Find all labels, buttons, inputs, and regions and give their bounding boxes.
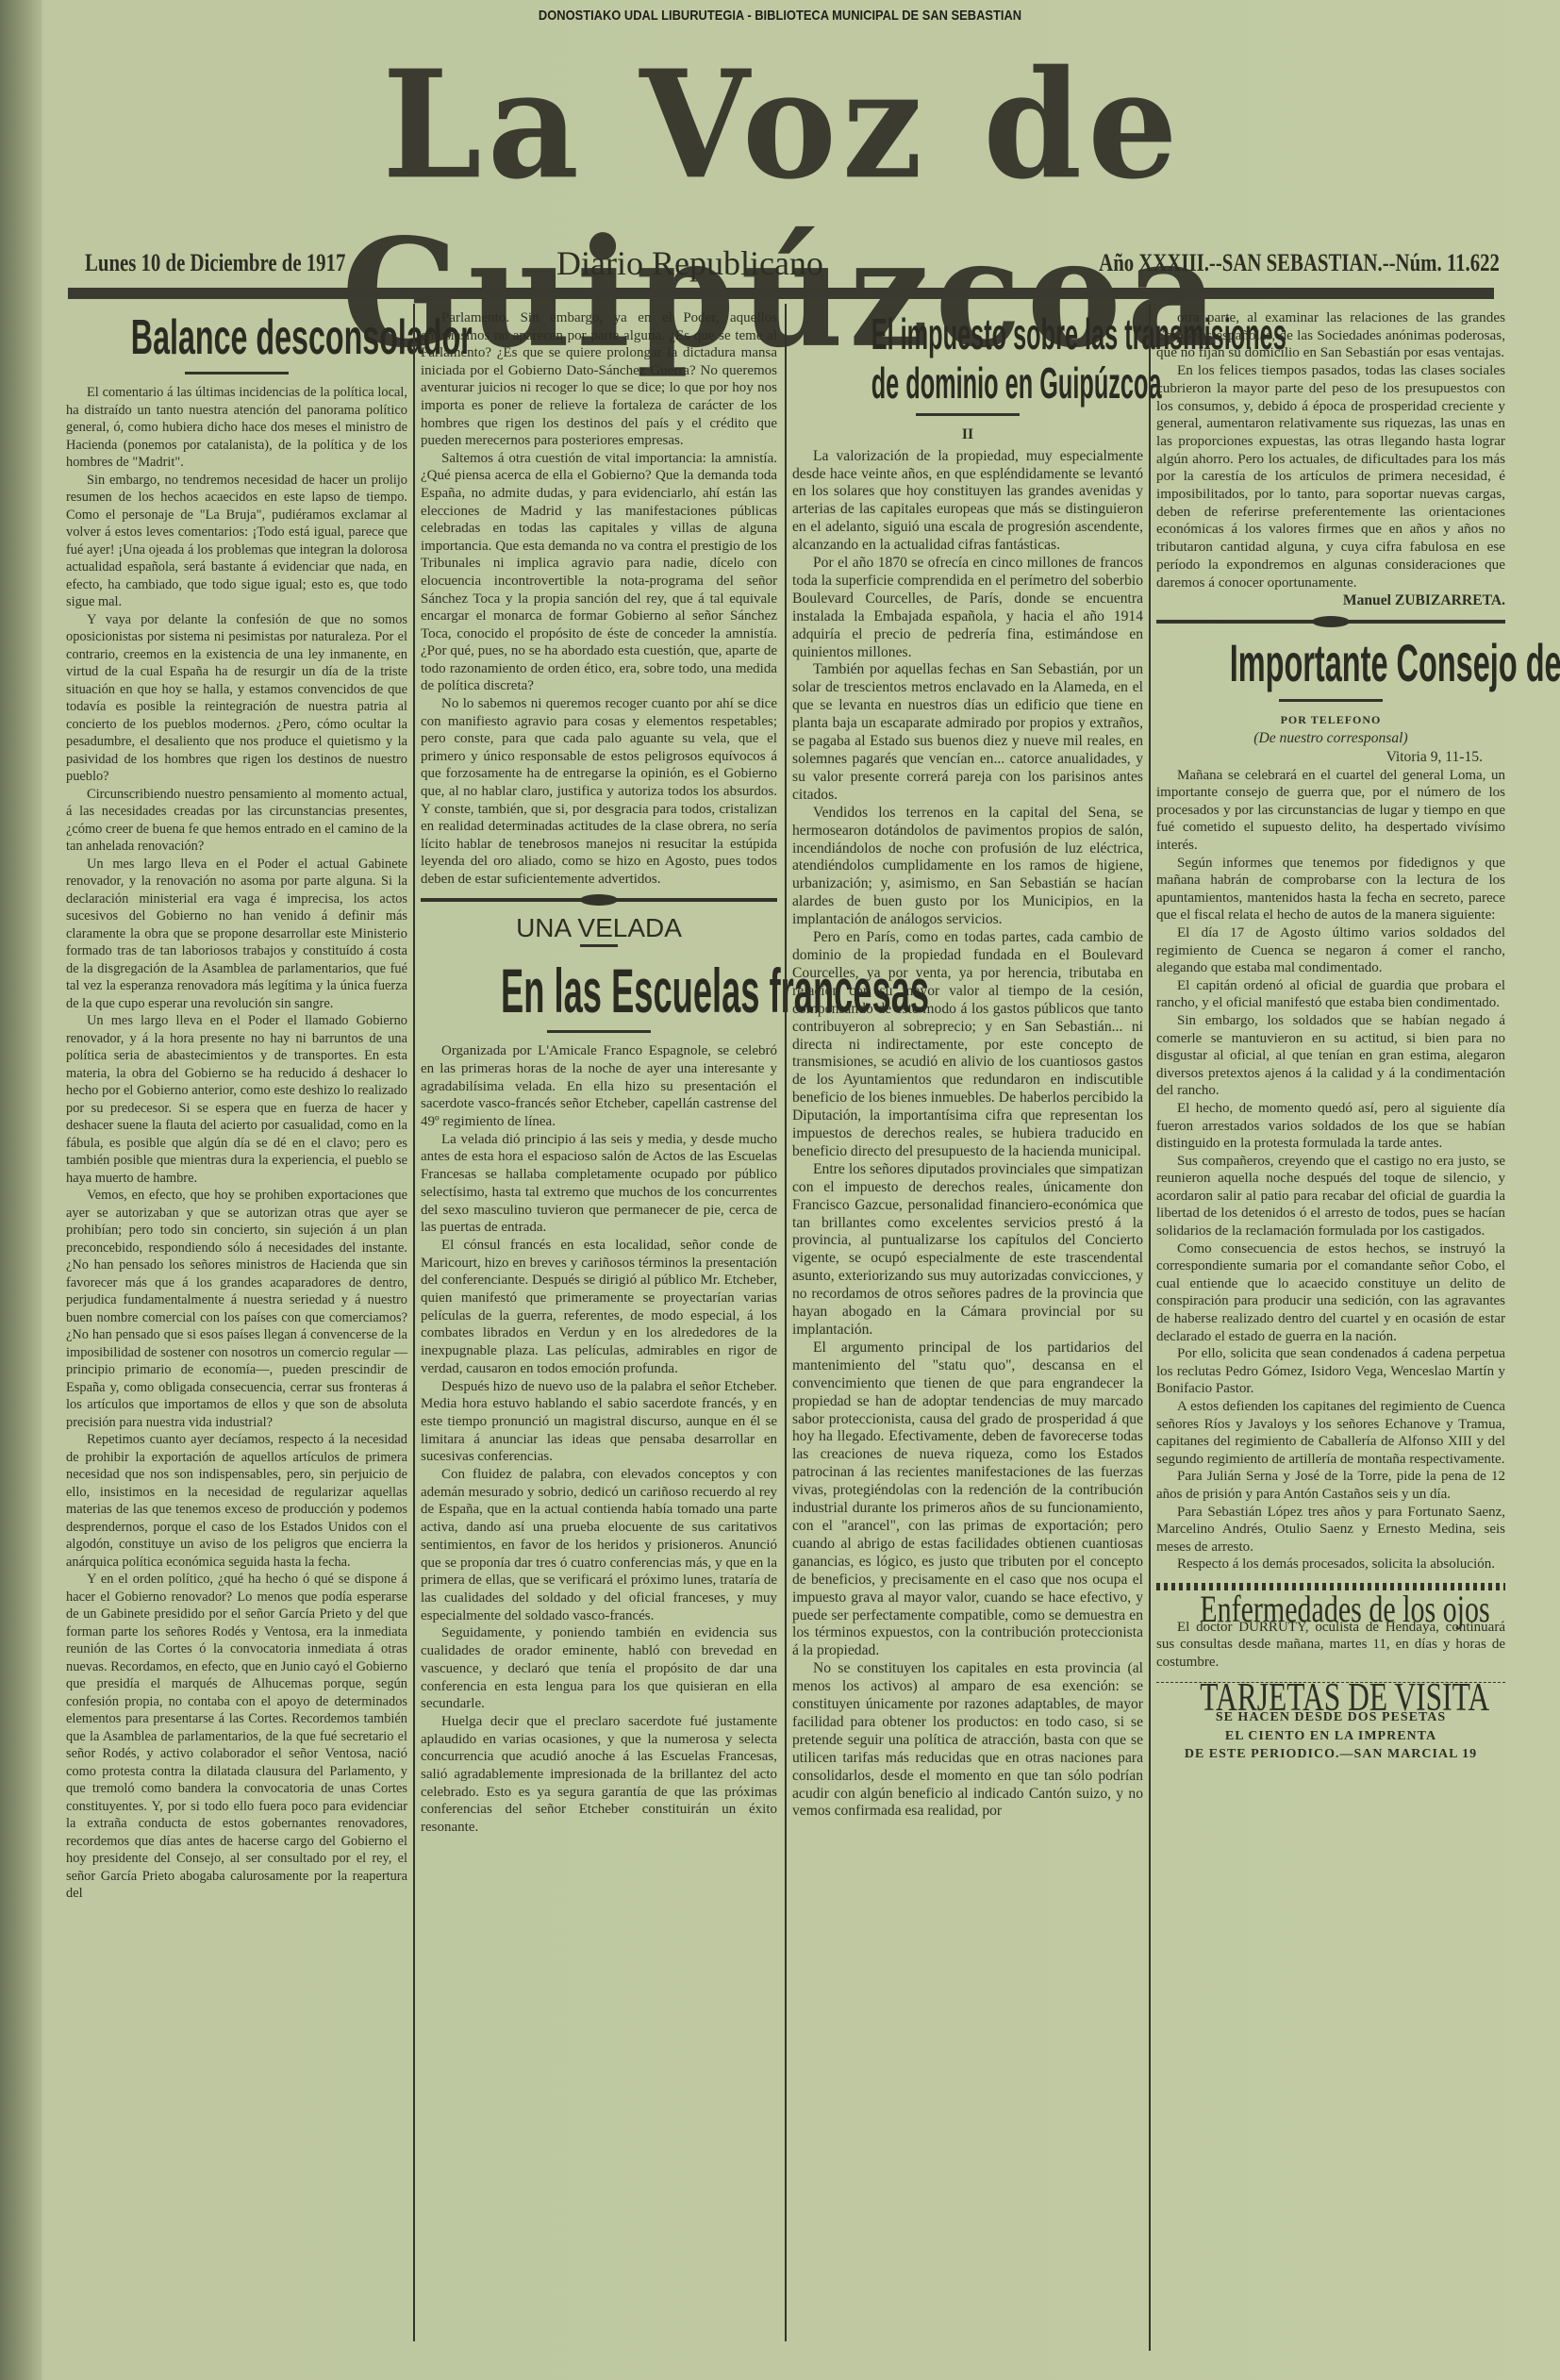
column-1: Balance desconsolador El comentario á la… (66, 309, 407, 1903)
headline-consejo: Importante Consejo de Guerra (1230, 633, 1433, 693)
headline-rule (547, 1030, 651, 1033)
paragraph: El día 17 de Agosto último varios soldad… (1156, 924, 1505, 977)
paragraph: Sin embargo, los soldados que se habían … (1156, 1012, 1505, 1100)
paragraph: Vemos, en efecto, que hoy se prohiben ex… (66, 1187, 407, 1431)
paragraph: No se constituyen los capitales en esta … (792, 1660, 1143, 1821)
archive-label: DONOSTIAKO UDAL LIBURUTEGIA - BIBLIOTECA… (109, 8, 1451, 24)
issue-date: Lunes 10 de Diciembre de 1917 (85, 249, 345, 277)
velada-body: Organizada por L'Amicale Franco Espagnol… (421, 1042, 777, 1837)
paragraph: Repetimos cuanto ayer decíamos, respecto… (66, 1431, 407, 1571)
paragraph: Después hizo de nuevo uso de la palabra … (421, 1378, 777, 1467)
masthead-rule (68, 288, 1494, 299)
ad-line-3: DE ESTE PERIODICO.—SAN MARCIAL 19 (1156, 1745, 1505, 1764)
paragraph: Por el año 1870 se ofrecía en cinco mill… (792, 555, 1143, 661)
paragraph: El cónsul francés en esta localidad, señ… (421, 1237, 777, 1378)
tagline: Diario Republicano (556, 243, 823, 283)
balance-body-1: El comentario á las últimas incidencias … (66, 384, 407, 1903)
headline-balance: Balance desconsolador (131, 309, 342, 366)
paragraph: El hecho, de momento quedó así, pero al … (1156, 1100, 1505, 1153)
column-4: otra parte, al examinar las relaciones d… (1156, 309, 1505, 1764)
paragraph: El argumento principal de los partidario… (792, 1340, 1143, 1660)
column-2: Parlamento. Sin embargo, ya en el Poder,… (421, 309, 777, 1837)
paragraph: Organizada por L'Amicale Franco Espagnol… (421, 1042, 777, 1131)
paragraph: La velada dió principio á las seis y med… (421, 1131, 777, 1237)
ornament-divider (1156, 620, 1505, 624)
paragraph: Respecto á los demás procesados, solicit… (1156, 1556, 1505, 1573)
paragraph: Con fluidez de palabra, con elevados con… (421, 1466, 777, 1624)
ad-line-2: EL CIENTO EN LA IMPRENTA (1156, 1727, 1505, 1746)
page-binding-shadow (0, 0, 41, 2380)
correspondent-label: (De nuestro corresponsal) (1156, 729, 1505, 748)
paragraph: Huelga decir que el preclaro sacerdote f… (421, 1713, 777, 1837)
paragraph: El comentario á las últimas incidencias … (66, 384, 407, 472)
paragraph: También por aquellas fechas en San Sebas… (792, 661, 1143, 804)
issue-number: Año XXXIII.--SAN SEBASTIAN.--Núm. 11.622 (1099, 249, 1500, 277)
paragraph: Mañana se celebrará en el cuartel del ge… (1156, 767, 1505, 855)
ad-tarjetas-title: TARJETAS DE VISITA (1200, 1689, 1462, 1708)
paragraph: El capitán ordenó al oficial de guardia … (1156, 977, 1505, 1012)
balance-body-2: Parlamento. Sin embargo, ya en el Poder,… (421, 309, 777, 889)
headline-ojos: Enfermedades de los ojos (1200, 1600, 1462, 1619)
paragraph: Según informes que tenemos por fidedigno… (1156, 855, 1505, 924)
headline-rule (185, 372, 289, 374)
paragraph: Pero en París, como en todas partes, cad… (792, 929, 1143, 1161)
part-number: II (792, 425, 1143, 444)
masthead-subline: Lunes 10 de Diciembre de 1917 Diario Rep… (57, 247, 1500, 285)
headline-velada: En las Escuelas francesas (501, 957, 697, 1024)
column-divider (785, 304, 787, 2341)
column-divider (1149, 304, 1151, 2351)
headline-rule (916, 413, 1020, 416)
impuesto-continuation: otra parte, al examinar las relaciones d… (1156, 309, 1505, 591)
dateline: Vitoria 9, 11-15. (1156, 748, 1505, 767)
velada-kicker: UNA VELADA (421, 919, 777, 938)
headline-impuesto-line2: de dominio en Guipúzcoa (871, 358, 1065, 408)
paragraph: A estos defienden los capitanes del regi… (1156, 1398, 1505, 1468)
paragraph: Sin embargo, no tendremos necesidad de h… (66, 472, 407, 611)
newspaper-page: DONOSTIAKO UDAL LIBURUTEGIA - BIBLIOTECA… (0, 0, 1560, 2380)
paragraph: Un mes largo lleva en el Poder el actual… (66, 856, 407, 1013)
kicker-rule (580, 944, 618, 947)
impuesto-body: La valorización de la propiedad, muy esp… (792, 448, 1143, 1822)
column-divider (413, 304, 415, 2341)
signature: Manuel ZUBIZARRETA. (1156, 591, 1505, 610)
paragraph: otra parte, al examinar las relaciones d… (1156, 309, 1505, 362)
paragraph: Vendidos los terrenos en la capital del … (792, 805, 1143, 929)
paragraph: Saltemos á otra cuestión de vital import… (421, 450, 777, 695)
paragraph: Para Sebastián López tres años y para Fo… (1156, 1504, 1505, 1556)
paragraph: Por ello, solicita que sean condenados á… (1156, 1345, 1505, 1398)
paragraph: Como consecuencia de estos hechos, se in… (1156, 1240, 1505, 1346)
headline-rule (1279, 699, 1383, 702)
paragraph: Sus compañeros, creyendo que el castigo … (1156, 1153, 1505, 1240)
paragraph: Seguidamente, y poniendo también en evid… (421, 1624, 777, 1713)
paragraph: La valorización de la propiedad, muy esp… (792, 448, 1143, 555)
paragraph: Parlamento. Sin embargo, ya en el Poder,… (421, 309, 777, 450)
consejo-body: Mañana se celebrará en el cuartel del ge… (1156, 767, 1505, 1573)
headline-impuesto-line1: El impuesto sobre las transmisiones (871, 309, 1065, 358)
column-3: El impuesto sobre las transmisiones de d… (792, 309, 1143, 1821)
paragraph: Entre los señores diputados provinciales… (792, 1161, 1143, 1340)
paragraph: Un mes largo lleva en el Poder el llamad… (66, 1012, 407, 1187)
paragraph: Circunscribiendo nuestro pensamiento al … (66, 786, 407, 856)
ornament-divider (421, 898, 777, 902)
by-phone-label: POR TELEFONO (1156, 711, 1505, 730)
paragraph: En los felices tiempos pasados, todas la… (1156, 362, 1505, 591)
paragraph: Y en el orden político, ¿qué ha hecho ó … (66, 1571, 407, 1903)
paragraph: No lo sabemos ni queremos recoger cuanto… (421, 695, 777, 889)
paragraph: Y vaya por delante la confesión de que n… (66, 611, 407, 786)
paragraph: Para Julián Serna y José de la Torre, pi… (1156, 1468, 1505, 1503)
